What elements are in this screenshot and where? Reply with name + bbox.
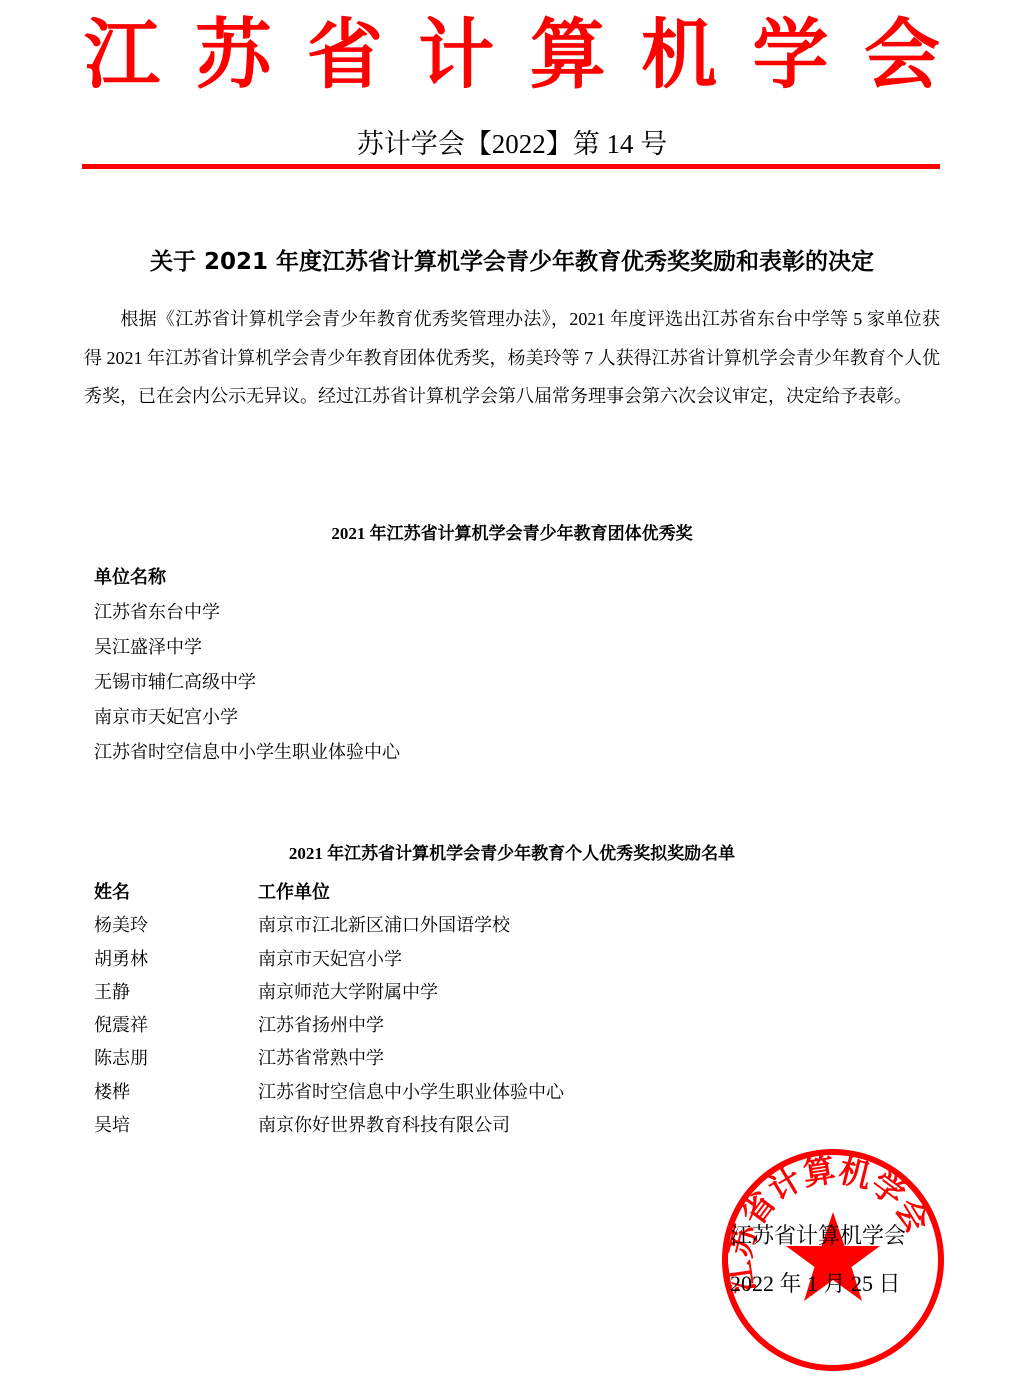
table-row: 楼桦 江苏省时空信息中小学生职业体验中心 [94,1076,564,1109]
table-row: 陈志朋 江苏省常熟中学 [94,1042,564,1075]
masthead-char: 算 [530,17,606,93]
unit-column-header: 单位名称 [94,560,400,595]
unit-item: 吴江盛泽中学 [94,630,400,665]
group-award-list: 单位名称 江苏省东台中学 吴江盛泽中学 无锡市辅仁高级中学 南京市天妃宫小学 江… [94,560,400,770]
individual-award-title: 2021 年江苏省计算机学会青少年教育个人优秀奖拟奖励名单 [0,839,1024,864]
person-workplace: 南京师范大学附属中学 [258,976,438,1009]
person-name: 杨美玲 [94,909,258,942]
body-text: 根据《江苏省计算机学会青少年教育优秀奖管理办法》，2021 年度评选出江苏省东台… [84,309,940,406]
name-column-header: 姓名 [94,876,258,909]
document-number: 苏计学会【2022】第 14 号 [0,122,1024,161]
workplace-column-header: 工作单位 [258,876,330,909]
person-workplace: 南京你好世界教育科技有限公司 [258,1109,510,1142]
masthead-char: 省 [307,17,383,93]
table-row: 吴培 南京你好世界教育科技有限公司 [94,1109,564,1142]
person-workplace: 江苏省常熟中学 [258,1042,384,1075]
individual-award-table: 姓名 工作单位 杨美玲 南京市江北新区浦口外国语学校 胡勇林 南京市天妃宫小学 … [94,876,564,1142]
table-row: 王静 南京师范大学附属中学 [94,976,564,1009]
masthead-char: 江 [84,17,160,93]
unit-item: 无锡市辅仁高级中学 [94,665,400,700]
person-name: 吴培 [94,1109,258,1142]
header-divider [82,164,940,169]
masthead-char: 学 [753,17,829,93]
masthead-char: 机 [641,17,717,93]
person-name: 倪震祥 [94,1009,258,1042]
person-workplace: 江苏省扬州中学 [258,1009,384,1042]
body-paragraph: 根据《江苏省计算机学会青少年教育优秀奖管理办法》，2021 年度评选出江苏省东台… [84,300,940,416]
signing-organization: 江苏省计算机学会 [730,1219,906,1250]
document-title: 关于 2021 年度江苏省计算机学会青少年教育优秀奖奖励和表彰的决定 [0,243,1024,276]
table-row: 杨美玲 南京市江北新区浦口外国语学校 [94,909,564,942]
person-name: 陈志朋 [94,1042,258,1075]
org-masthead: 江 苏 省 计 算 机 学 会 [84,10,940,100]
table-row: 胡勇林 南京市天妃宫小学 [94,943,564,976]
person-workplace: 南京市江北新区浦口外国语学校 [258,909,510,942]
signing-date: 2022 年 1 月 25 日 [730,1267,901,1298]
person-name: 王静 [94,976,258,1009]
masthead-char: 苏 [195,17,271,93]
table-header: 姓名 工作单位 [94,876,564,909]
table-row: 倪震祥 江苏省扬州中学 [94,1009,564,1042]
masthead-char: 会 [864,17,940,93]
group-award-title: 2021 年江苏省计算机学会青少年教育团体优秀奖 [0,519,1024,544]
person-workplace: 江苏省时空信息中小学生职业体验中心 [258,1076,564,1109]
unit-item: 南京市天妃宫小学 [94,700,400,735]
unit-item: 江苏省时空信息中小学生职业体验中心 [94,735,400,770]
unit-item: 江苏省东台中学 [94,595,400,630]
person-name: 胡勇林 [94,943,258,976]
official-seal-icon: 江苏省计算机学会 [720,1147,946,1373]
person-workplace: 南京市天妃宫小学 [258,943,402,976]
masthead-char: 计 [418,17,494,93]
person-name: 楼桦 [94,1076,258,1109]
